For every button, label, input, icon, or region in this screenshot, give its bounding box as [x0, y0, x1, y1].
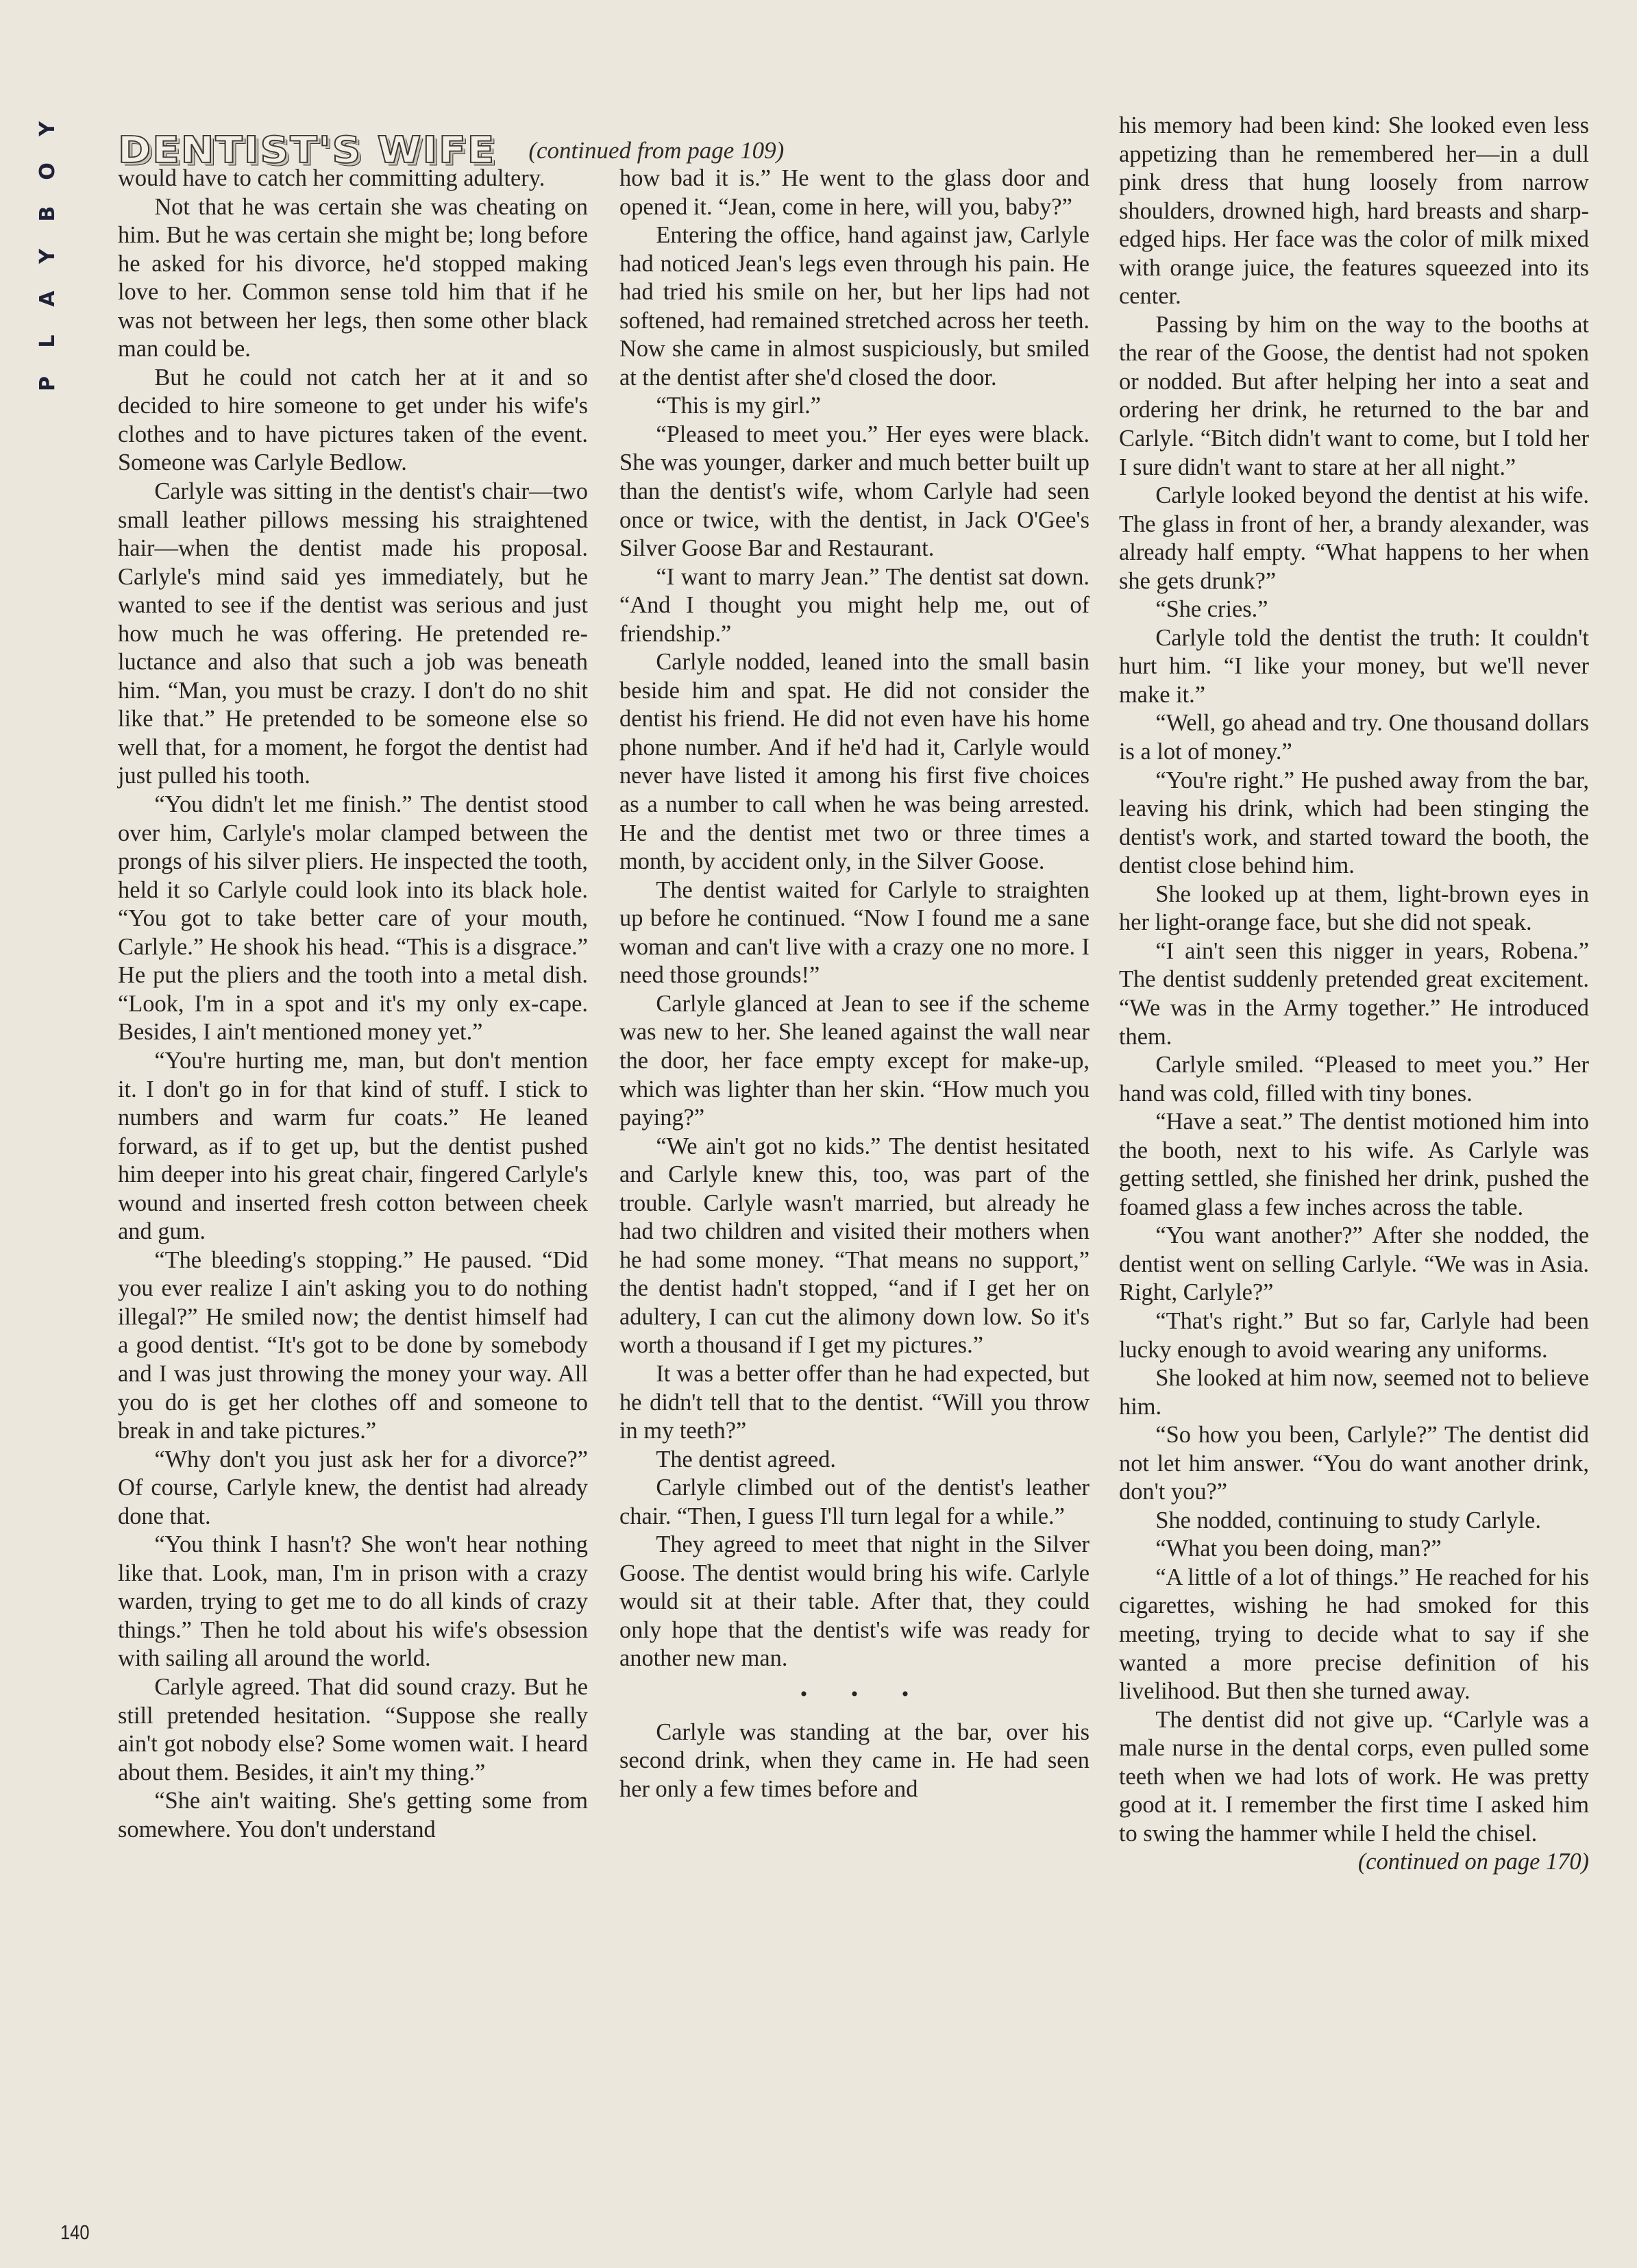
- paragraph: “I ain't seen this nigger in years, Robe…: [1119, 937, 1589, 1051]
- mag-letter: Y: [34, 115, 62, 143]
- paragraph: “That's right.” But so far, Carlyle had …: [1119, 1307, 1589, 1364]
- paragraph: Passing by him on the way to the booths …: [1119, 311, 1589, 482]
- paragraph: “This is my girl.”: [619, 392, 1090, 421]
- paragraph: Entering the office, hand against jaw, C…: [619, 221, 1090, 392]
- section-break: • • •: [619, 1673, 1090, 1718]
- mag-letter: P: [34, 370, 62, 397]
- paragraph: Carlyle nodded, leaned into the small ba…: [619, 648, 1090, 876]
- paragraph: his memory had been kind: She looked eve…: [1119, 112, 1589, 311]
- mag-letter: L: [34, 328, 62, 355]
- paragraph: Carlyle climbed out of the dentist's lea…: [619, 1474, 1090, 1531]
- paragraph: Not that he was certain she was cheating…: [118, 193, 588, 364]
- text-column-2: how bad it is.” He went to the glass doo…: [619, 164, 1090, 1803]
- paragraph: “I want to marry Jean.” The dentist sat …: [619, 563, 1090, 649]
- article-header: DENTIST'S WIFE (continued from page 109): [118, 115, 784, 170]
- paragraph: “The bleeding's stopping.” He paused. “D…: [118, 1246, 588, 1446]
- paragraph: “Why don't you just ask her for a divorc…: [118, 1446, 588, 1531]
- paragraph: The dentist agreed.: [619, 1446, 1090, 1475]
- mag-letter: Y: [34, 243, 62, 270]
- paragraph: “You're right.” He pushed away from the …: [1119, 767, 1589, 880]
- paragraph: The dentist did not give up. “Carlyle wa…: [1119, 1706, 1589, 1849]
- mag-letter: O: [34, 158, 62, 185]
- paragraph: Carlyle was standing at the bar, over hi…: [619, 1718, 1090, 1804]
- paragraph: Carlyle agreed. That did sound crazy. Bu…: [118, 1673, 588, 1787]
- paragraph: “Have a seat.” The dentist motioned him …: [1119, 1108, 1589, 1222]
- paragraph: She looked up at them, light-brown eyes …: [1119, 880, 1589, 937]
- text-column-3: his memory had been kind: She looked eve…: [1119, 112, 1589, 1877]
- paragraph: “A little of a lot of things.” He reache…: [1119, 1564, 1589, 1706]
- page-number: 140: [60, 2221, 90, 2245]
- paragraph: “Well, go ahead and try. One thousand do…: [1119, 709, 1589, 766]
- mag-letter: B: [34, 200, 62, 227]
- paragraph: “You want another?” After she nodded, th…: [1119, 1222, 1589, 1307]
- paragraph: “You didn't let me finish.” The dentist …: [118, 791, 588, 1047]
- paragraph: “You think I hasn't? She won't hear noth…: [118, 1531, 588, 1673]
- paragraph: “What you been doing, man?”: [1119, 1535, 1589, 1564]
- paragraph: “You're hurting me, man, but don't menti…: [118, 1047, 588, 1246]
- paragraph: But he could not catch her at it and so …: [118, 364, 588, 478]
- paragraph: Carlyle told the dentist the truth: It c…: [1119, 624, 1589, 710]
- paragraph: Carlyle was sitting in the dentist's cha…: [118, 478, 588, 791]
- paragraph: She nodded, continuing to study Car­lyle…: [1119, 1507, 1589, 1536]
- mag-letter: A: [34, 285, 62, 312]
- paragraph: She looked at him now, seemed not to bel…: [1119, 1364, 1589, 1421]
- paragraph: Carlyle looked beyond the dentist at his…: [1119, 482, 1589, 595]
- paragraph: “She cries.”: [1119, 595, 1589, 624]
- paragraph: The dentist waited for Carlyle to straig…: [619, 876, 1090, 990]
- paragraph: Carlyle glanced at Jean to see if the sc…: [619, 990, 1090, 1133]
- paragraph: Carlyle smiled. “Pleased to meet you.” H…: [1119, 1051, 1589, 1108]
- text-column-1: would have to catch her committing adult…: [118, 164, 588, 1844]
- paragraph: “We ain't got no kids.” The dentist hesi…: [619, 1133, 1090, 1360]
- continued-on-note: (continued on page 170): [1119, 1848, 1589, 1877]
- paragraph: “So how you been, Carlyle?” The dentist …: [1119, 1421, 1589, 1507]
- paragraph: “She ain't waiting. She's getting some f…: [118, 1787, 588, 1844]
- paragraph: how bad it is.” He went to the glass doo…: [619, 164, 1090, 221]
- paragraph: It was a better offer than he had ex­pec…: [619, 1360, 1090, 1446]
- paragraph: would have to catch her committing adult…: [118, 164, 588, 193]
- magazine-name-vertical: P L A Y B O Y: [34, 110, 62, 397]
- paragraph: “Pleased to meet you.” Her eyes were bla…: [619, 421, 1090, 563]
- continued-from-note: (continued from page 109): [528, 137, 784, 164]
- paragraph: They agreed to meet that night in the Si…: [619, 1531, 1090, 1673]
